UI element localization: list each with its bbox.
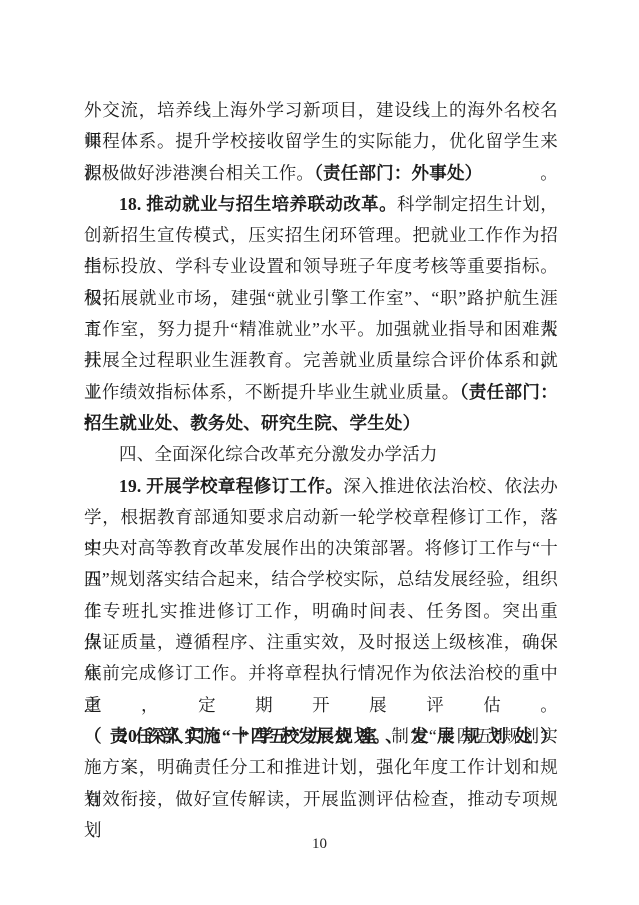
emphasis-text: （责任部门：外事处） (314, 163, 482, 183)
text-line: 底前完成修订工作。并将章程执行情况作为依法治校的重中之 (84, 658, 558, 689)
text-line: 工作室，努力提升“精准就业”水平。加强就业指导和困难帮扶， (84, 314, 558, 345)
document-body: 外交流，培养线上海外学习新项目，建设线上的海外名校名师课程体系。提升学校接收留学… (84, 95, 558, 815)
section-heading: 四、全面深化综合改革充分激发办学活力 (84, 439, 558, 470)
text-line: 19. 开展学校章程修订工作。深入推进依法治校、依法办 (84, 471, 558, 502)
text-line: 指标投放、学科专业设置和领导班子年度考核等重要指标。积 (84, 251, 558, 282)
emphasis-text: 19. 开展学校章程修订工作。 (119, 476, 343, 496)
body-text: 科学制定招生计划， (397, 194, 558, 214)
document-page: 外交流，培养线上海外学习新项目，建设线上的海外名校名师课程体系。提升学校接收留学… (0, 0, 639, 905)
text-line: 招生就业处、教务处、研究生院、学生处） (84, 408, 558, 439)
body-text: 重，定期开展评估。 (84, 695, 558, 715)
text-line: 工作绩效指标体系，不断提升毕业生就业质量。（责任部门：* (84, 377, 558, 408)
text-line: 有效衔接，做好宣传解读，开展监测评估检查，推动专项规划 (84, 784, 558, 815)
text-line: 中央对高等教育改革发展作出的决策部署。将修订工作与“十四 (84, 533, 558, 564)
emphasis-text: 20. 深入实施“十四五”发展规划。 (119, 726, 391, 746)
text-line: 18. 推动就业与招生培养联动改革。科学制定招生计划， (84, 189, 558, 220)
text-line: 重，定期开展评估。（责任部门：*学校办公室、发展规划处） (84, 690, 558, 721)
text-line: 创新招生宣传模式，压实招生闭环管理。把就业工作作为招生 (84, 220, 558, 251)
body-text: 积极做好涉港澳台相关工作。 (84, 163, 314, 183)
text-line: 施方案，明确责任分工和推进计划，强化年度工作计划和规划 (84, 752, 558, 783)
text-line: 课程体系。提升学校接收留学生的实际能力，优化留学生来源。 (84, 126, 558, 157)
emphasis-text: 招生就业处、教务处、研究生院、学生处） (84, 413, 420, 433)
text-line: 作专班扎实推进修订工作，明确时间表、任务图。突出重点、 (84, 596, 558, 627)
text-line: 20. 深入实施“十四五”发展规划。制定“十四五”规划实 (84, 721, 558, 752)
text-line: 五”规划落实结合起来，结合学校实际，总结发展经验，组织工 (84, 564, 558, 595)
body-text: 有效衔接，做好宣传解读，开展监测评估检查，推动专项规划 (84, 789, 558, 840)
text-line: 学，根据教育部通知要求启动新一轮学校章程修订工作，落实 (84, 502, 558, 533)
body-text: 工作绩效指标体系，不断提升毕业生就业质量。 (84, 382, 460, 402)
text-line: 外交流，培养线上海外学习新项目，建设线上的海外名校名师 (84, 95, 558, 126)
body-text: 四、全面深化综合改革充分激发办学活力 (119, 444, 438, 464)
body-text: 深入推进依法治校、依法办 (343, 476, 558, 496)
page-number: 10 (0, 836, 639, 853)
text-line: 开展全过程职业生涯教育。完善就业质量综合评价体系和就业 (84, 345, 558, 376)
emphasis-text: 18. 推动就业与招生培养联动改革。 (119, 194, 397, 214)
body-text: 制定“十四五”规划实 (391, 726, 558, 746)
text-line: 极拓展就业市场，建强“就业引擎工作室”、“职”路护航生涯育人 (84, 283, 558, 314)
text-line: 保证质量，遵循程序、注重实效，及时报送上级核准，确保年 (84, 627, 558, 658)
